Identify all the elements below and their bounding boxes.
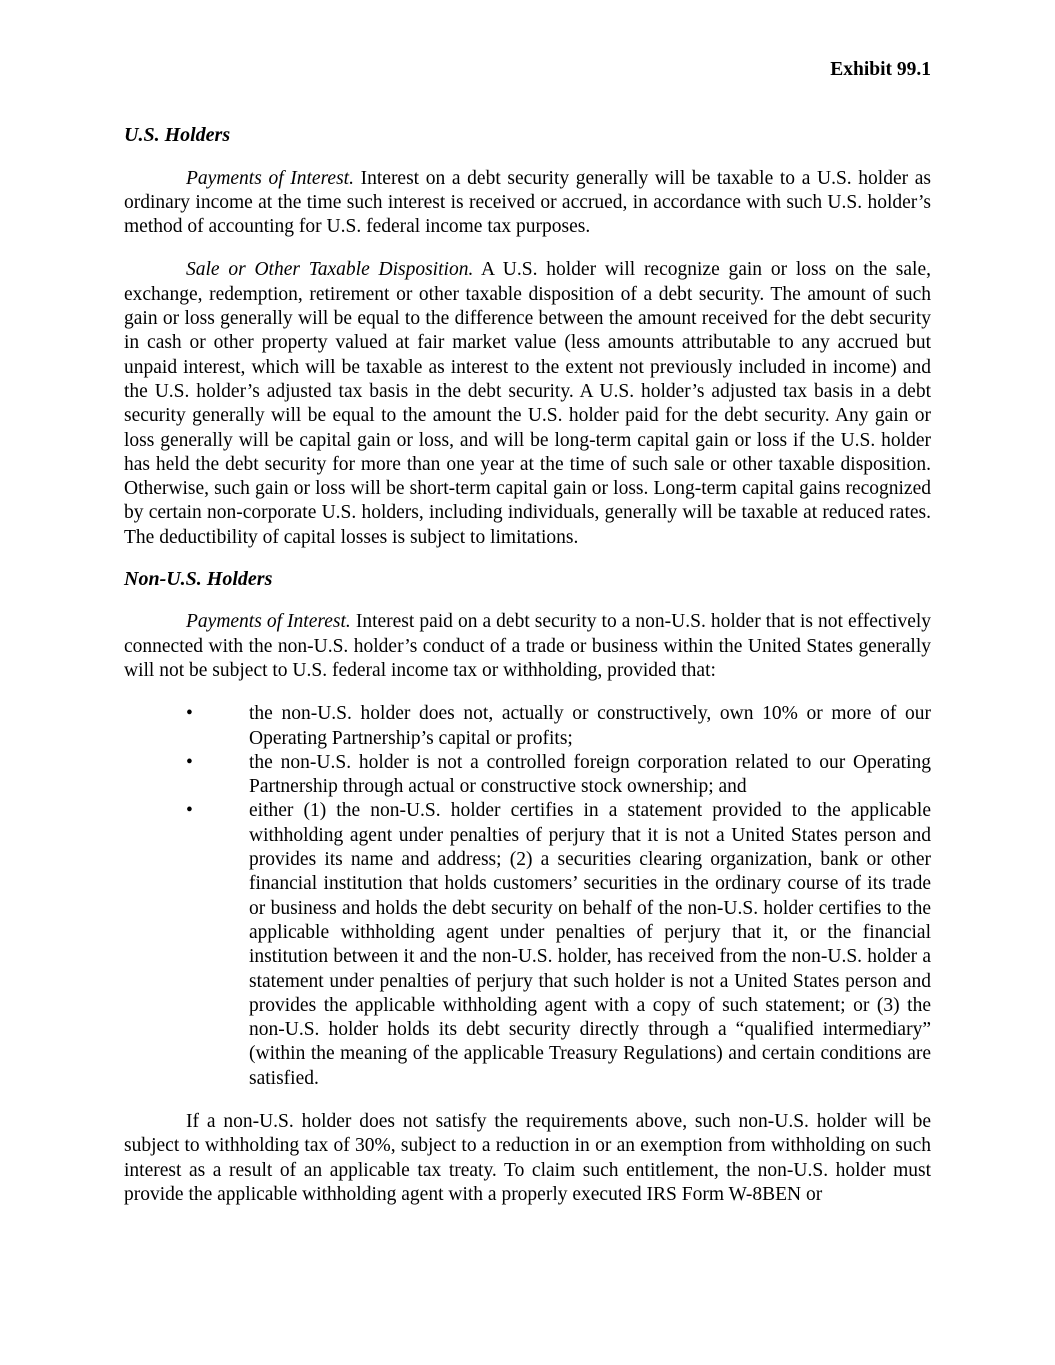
heading-us-holders: U.S. Holders bbox=[124, 123, 931, 147]
document-page: Exhibit 99.1 U.S. Holders Payments of In… bbox=[0, 0, 1055, 1365]
bullet-text: the non-U.S. holder is not a controlled … bbox=[249, 751, 931, 800]
paragraph-lead-italic: Sale or Other Taxable Disposition. bbox=[186, 259, 473, 280]
bullet-list: • the non-U.S. holder does not, actually… bbox=[124, 702, 931, 1091]
heading-non-us-holders: Non-U.S. Holders bbox=[124, 567, 931, 591]
bullet-item-ownership: • the non-U.S. holder does not, actually… bbox=[124, 702, 931, 751]
bullet-icon: • bbox=[124, 751, 249, 800]
bullet-icon: • bbox=[124, 702, 249, 751]
bullet-item-certification: • either (1) the non-U.S. holder certifi… bbox=[124, 799, 931, 1091]
bullet-text: the non-U.S. holder does not, actually o… bbox=[249, 702, 931, 751]
bullet-item-cfc: • the non-U.S. holder is not a controlle… bbox=[124, 751, 931, 800]
paragraph-payments-of-interest-non-us: Payments of Interest. Interest paid on a… bbox=[124, 610, 931, 683]
paragraph-lead-italic: Payments of Interest. bbox=[186, 611, 351, 632]
paragraph-withholding-closing: If a non-U.S. holder does not satisfy th… bbox=[124, 1110, 931, 1207]
paragraph-body: A U.S. holder will recognize gain or los… bbox=[124, 259, 931, 547]
paragraph-payments-of-interest-us: Payments of Interest. Interest on a debt… bbox=[124, 167, 931, 240]
paragraph-sale-or-disposition: Sale or Other Taxable Disposition. A U.S… bbox=[124, 258, 931, 550]
exhibit-label: Exhibit 99.1 bbox=[124, 58, 931, 82]
bullet-icon: • bbox=[124, 799, 249, 1091]
bullet-text: either (1) the non-U.S. holder certifies… bbox=[249, 799, 931, 1091]
paragraph-lead-italic: Payments of Interest. bbox=[186, 168, 354, 189]
